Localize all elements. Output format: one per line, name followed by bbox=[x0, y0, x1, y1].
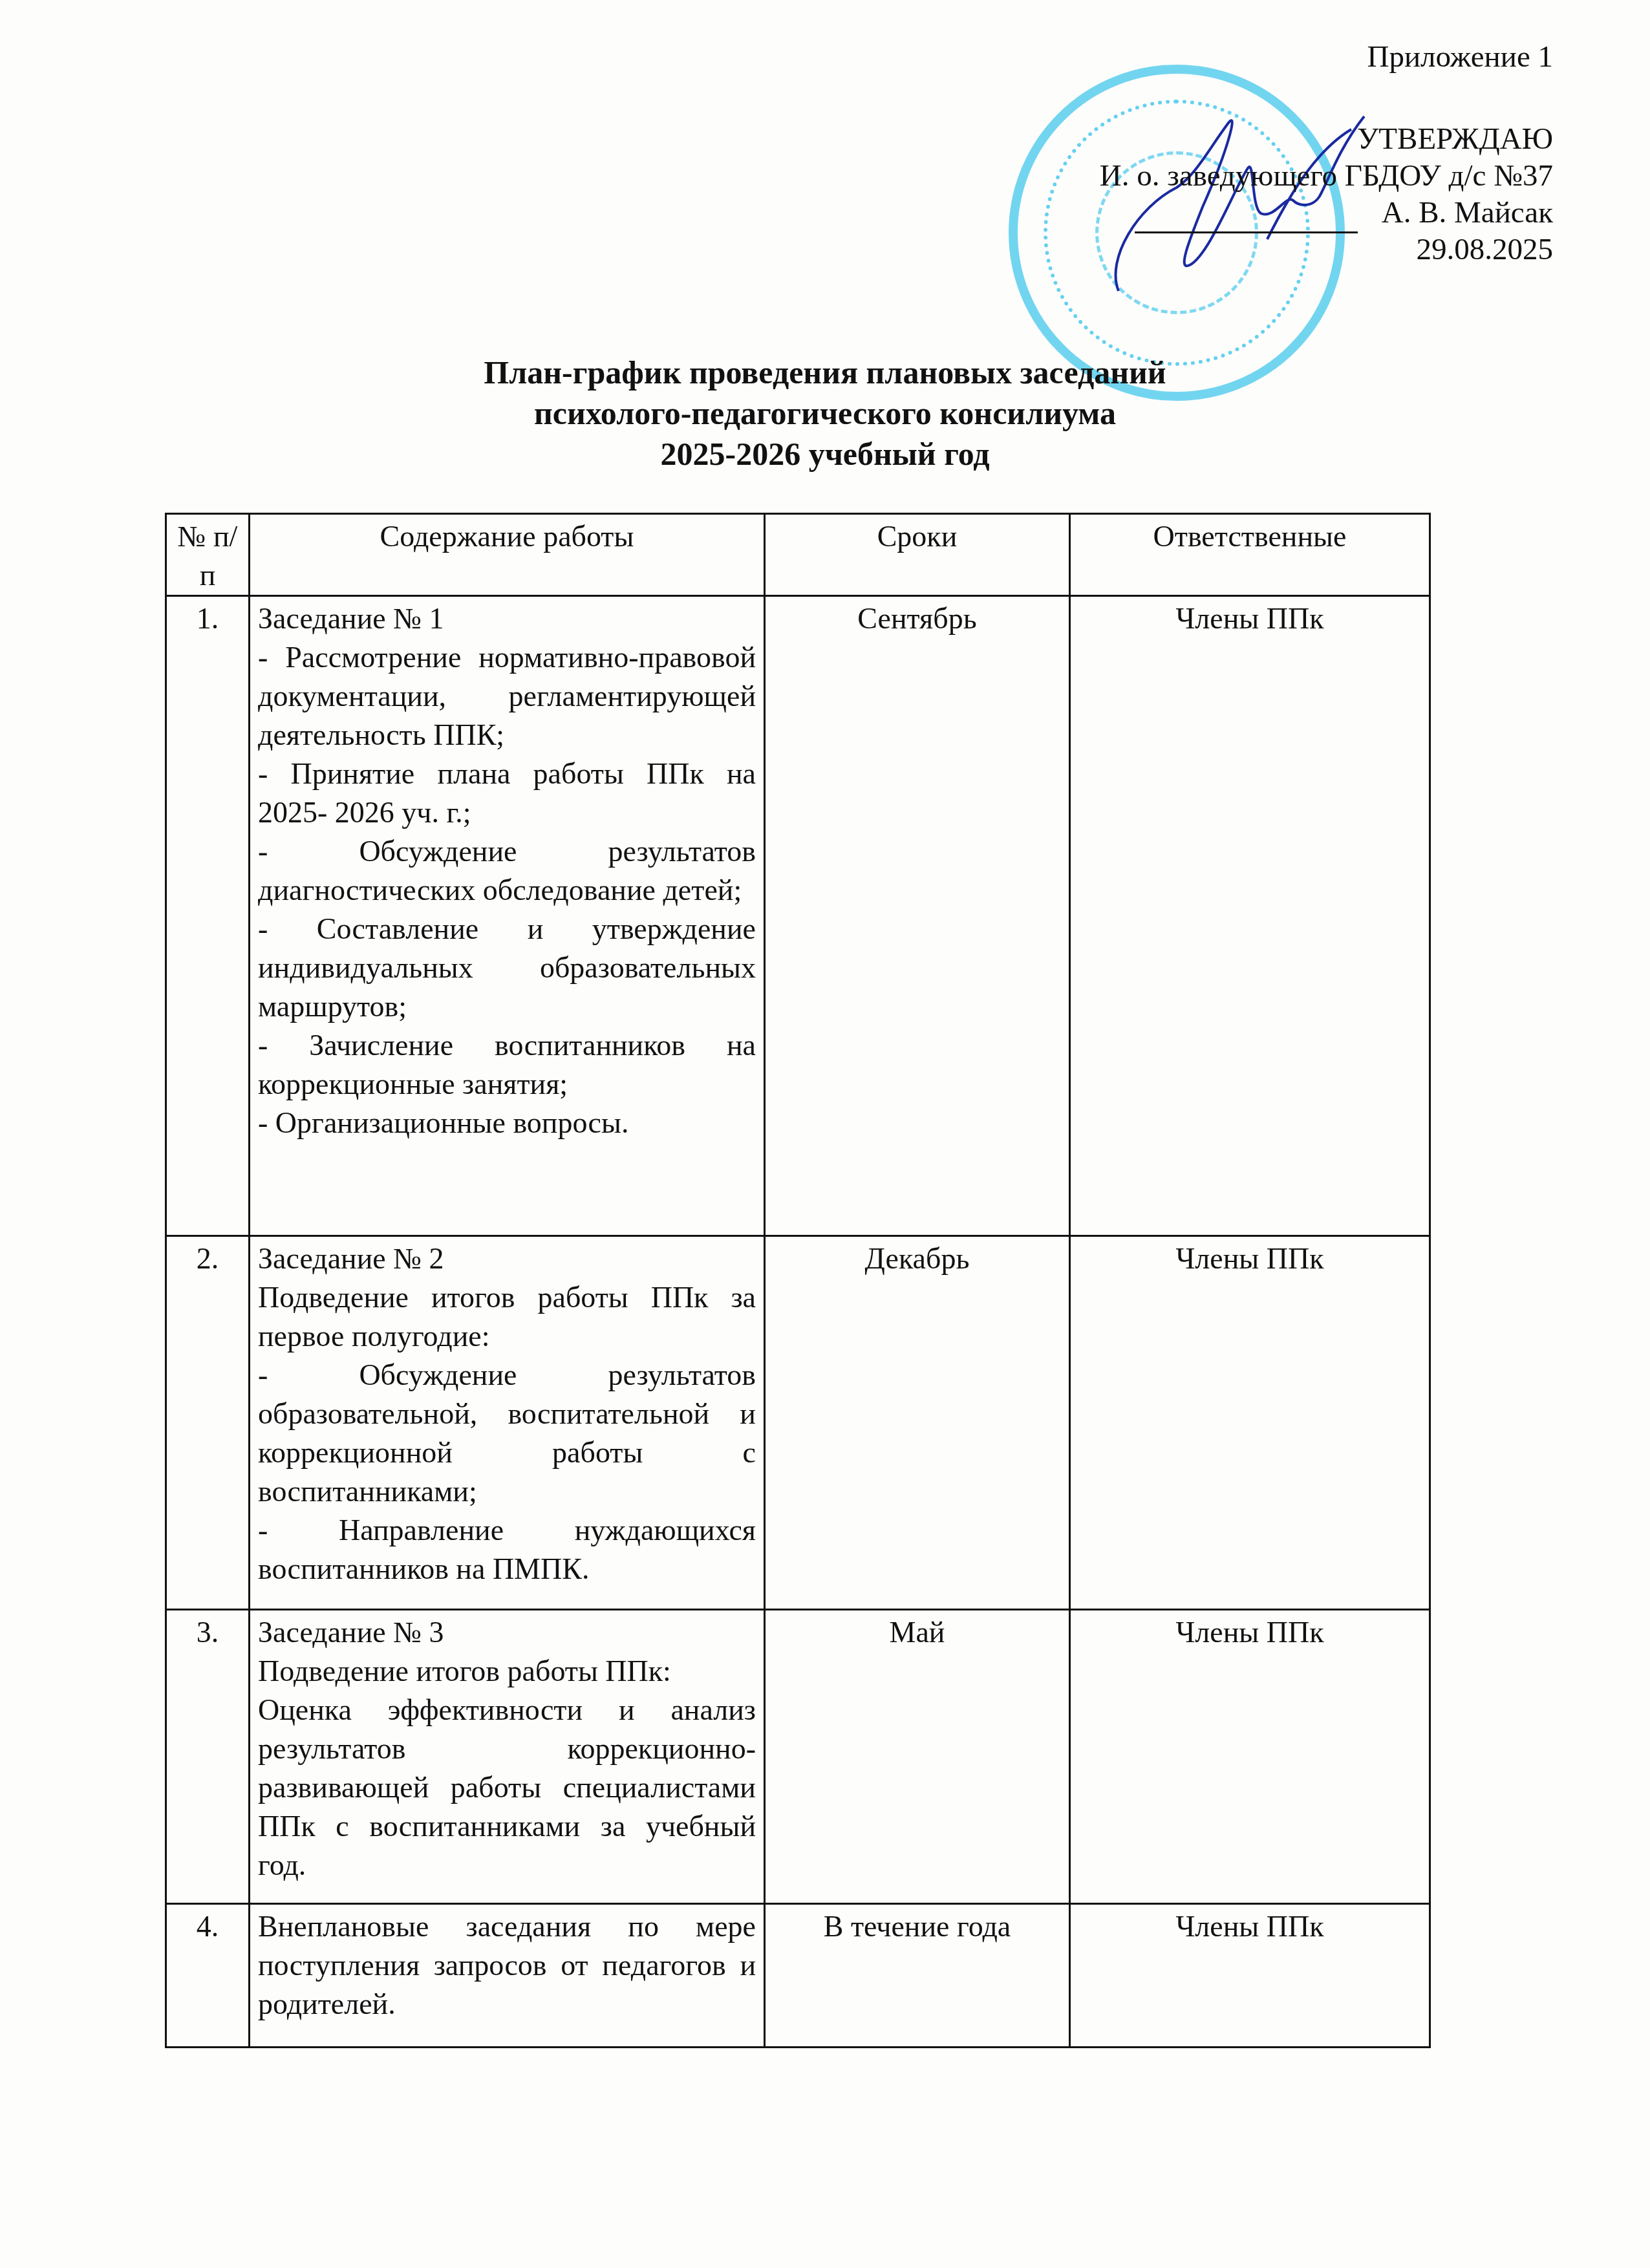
row-responsible: Члены ППк bbox=[1070, 1904, 1430, 2048]
table-header-row: № п/п Содержание работы Сроки Ответствен… bbox=[166, 514, 1430, 596]
content-line: - Составление и утверждение индивидуальн… bbox=[258, 910, 756, 1026]
content-line: - Организационные вопросы. bbox=[258, 1104, 756, 1142]
signature-line bbox=[1135, 231, 1358, 233]
content-line: - Обсуждение результатов образовательной… bbox=[258, 1356, 756, 1511]
row-responsible: Члены ППк bbox=[1070, 1236, 1430, 1610]
row-content: Заседание № 1- Рассмотрение нормативно-п… bbox=[250, 596, 765, 1236]
table-row: 1. Заседание № 1- Рассмотрение нормативн… bbox=[166, 596, 1430, 1236]
row-num: 1. bbox=[166, 596, 250, 1236]
page-title: План-график проведения плановых заседани… bbox=[0, 352, 1650, 475]
content-line: - Зачисление воспитанников на коррекцион… bbox=[258, 1026, 756, 1104]
content-line: - Направление нуждающихся воспитанников … bbox=[258, 1511, 756, 1589]
table-row: 2. Заседание № 2Подведение итогов работы… bbox=[166, 1236, 1430, 1610]
content-line: Заседание № 3 bbox=[258, 1613, 756, 1652]
approval-date: 29.08.2025 bbox=[1100, 231, 1553, 268]
content-line: - Рассмотрение нормативно-правовой докум… bbox=[258, 638, 756, 754]
table-row: 3. Заседание № 3Подведение итогов работы… bbox=[166, 1610, 1430, 1904]
approver-position: И. о. заведующего ГБДОУ д/с №37 bbox=[1100, 158, 1553, 195]
header-content: Содержание работы bbox=[250, 514, 765, 596]
row-term: Сентябрь bbox=[765, 596, 1070, 1236]
document-page: Приложение 1 УТВЕРЖДАЮ И. о. заведующего… bbox=[0, 0, 1650, 2268]
row-term: В течение года bbox=[765, 1904, 1070, 2048]
header-responsible: Ответственные bbox=[1070, 514, 1430, 596]
approver-name: А. В. Майсак bbox=[1100, 195, 1553, 231]
approval-block: Приложение 1 УТВЕРЖДАЮ И. о. заведующего… bbox=[1100, 39, 1553, 268]
row-num: 2. bbox=[166, 1236, 250, 1610]
content-line: Заседание № 1 bbox=[258, 599, 756, 638]
content-line: - Принятие плана работы ППк на 2025- 202… bbox=[258, 754, 756, 832]
header-term: Сроки bbox=[765, 514, 1070, 596]
row-responsible: Члены ППк bbox=[1070, 1610, 1430, 1904]
table-row: 4. Внеплановые заседания по мере поступл… bbox=[166, 1904, 1430, 2048]
row-num: 3. bbox=[166, 1610, 250, 1904]
row-content: Заседание № 2Подведение итогов работы ПП… bbox=[250, 1236, 765, 1610]
header-num: № п/п bbox=[166, 514, 250, 596]
content-line: Внеплановые заседания по мере поступлени… bbox=[258, 1907, 756, 2024]
plan-table: № п/п Содержание работы Сроки Ответствен… bbox=[165, 513, 1431, 2048]
appendix-label: Приложение 1 bbox=[1100, 39, 1553, 76]
content-line: Подведение итогов работы ППк: bbox=[258, 1652, 756, 1691]
row-content: Заседание № 3Подведение итогов работы ПП… bbox=[250, 1610, 765, 1904]
row-responsible: Члены ППк bbox=[1070, 596, 1430, 1236]
row-num: 4. bbox=[166, 1904, 250, 2048]
row-term: Декабрь bbox=[765, 1236, 1070, 1610]
content-line: Оценка эффективности и анализ результато… bbox=[258, 1691, 756, 1885]
content-line: Подведение итогов работы ППк за первое п… bbox=[258, 1278, 756, 1356]
row-term: Май bbox=[765, 1610, 1070, 1904]
content-line: - Обсуждение результатов диагностических… bbox=[258, 832, 756, 910]
row-content: Внеплановые заседания по мере поступлени… bbox=[250, 1904, 765, 2048]
title-line-3: 2025-2026 учебный год bbox=[0, 434, 1650, 475]
approve-label: УТВЕРЖДАЮ bbox=[1100, 121, 1553, 158]
title-line-1: План-график проведения плановых заседани… bbox=[0, 352, 1650, 393]
content-line: Заседание № 2 bbox=[258, 1239, 756, 1278]
title-line-2: психолого-педагогического консилиума bbox=[0, 393, 1650, 434]
